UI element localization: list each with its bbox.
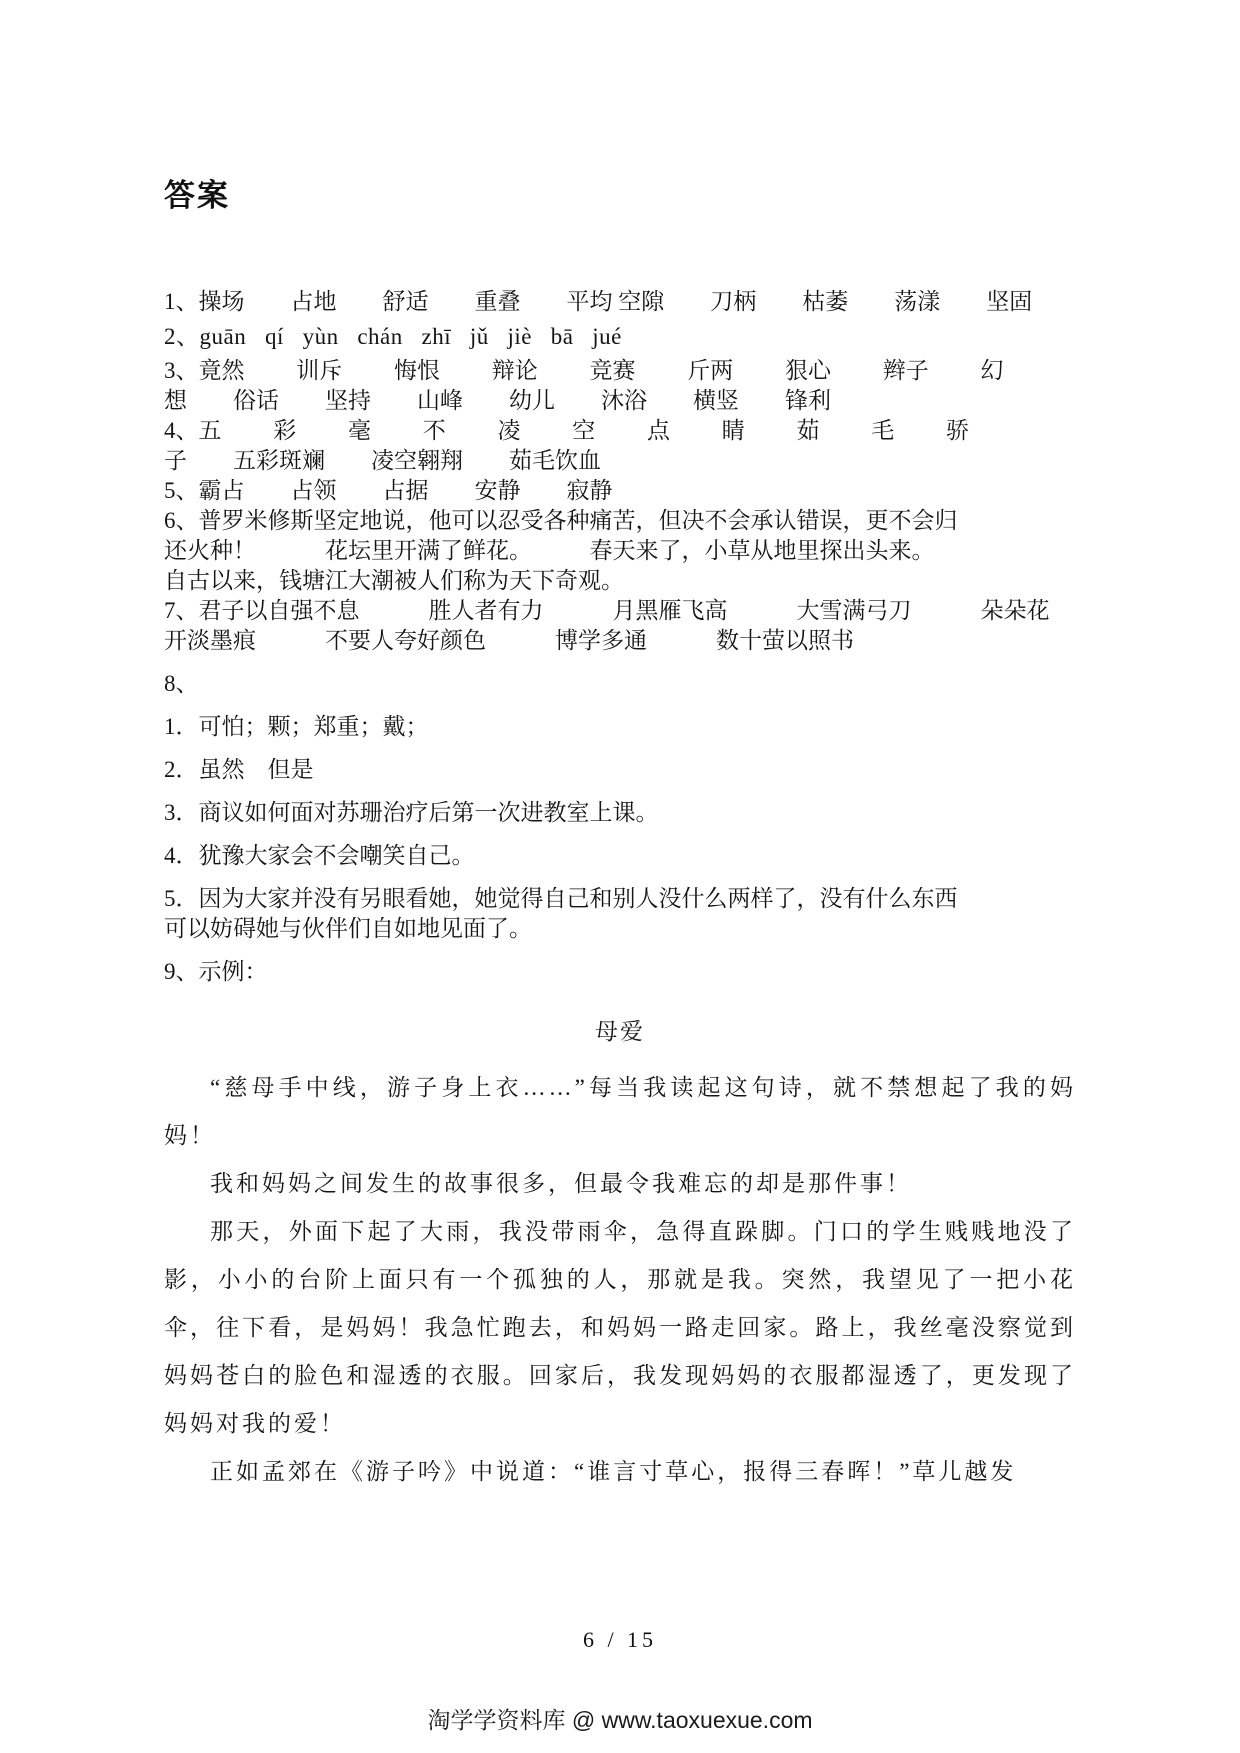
answer-line: 3、竟然 训斥 悔恨 辩论 竞赛 斤两 狠心 辫子 幻: [164, 356, 1076, 386]
essay-body: “慈母手中线，游子身上衣……”每当我读起这句诗，就不禁想起了我的妈妈！ 我和妈妈…: [164, 1064, 1076, 1496]
answer-line: 5．因为大家并没有另眼看她，她觉得自己和别人没什么两样了，没有什么东西 可以妨碍…: [164, 884, 1076, 944]
answer-line: 6、普罗米修斯坚定地说，他可以忍受各种痛苦，但决不会承认错误，更不会归: [164, 506, 1076, 536]
page-title: 答案: [164, 170, 1076, 215]
answer-line: 3．商议如何面对苏珊治疗后第一次进教室上课。: [164, 798, 1076, 828]
answer-line: 7、君子以自强不息 胜人者有力 月黑雁飞高 大雪满弓刀 朵朵花: [164, 596, 1076, 626]
essay-title: 母爱: [164, 1013, 1076, 1046]
essay-paragraph: 正如孟郊在《游子吟》中说道：“谁言寸草心，报得三春晖！”草儿越发: [164, 1448, 1076, 1496]
answer-line: 2．虽然 但是: [164, 755, 1076, 785]
answer-line: 想 俗话 坚持 山峰 幼儿 沐浴 横竖 锋利: [164, 386, 1076, 416]
answer-line: 子 五彩斑斓 凌空翱翔 茹毛饮血: [164, 446, 1076, 476]
answers-section: 1、操场 占地 舒适 重叠 平均 空隙 刀柄 枯萎 荡漾 坚固 2、guān q…: [164, 287, 1076, 987]
answer-line: 还火种！ 花坛里开满了鲜花。 春天来了，小草从地里探出头来。: [164, 536, 1076, 566]
page-number: 6 / 15: [0, 1627, 1240, 1653]
answer-line: 5、霸占 占领 占据 安静 寂静: [164, 476, 1076, 506]
answer-line: 9、示例：: [164, 957, 1076, 987]
answer-line: 4、五 彩 毫 不 凌 空 点 睛 茹 毛 骄: [164, 416, 1076, 446]
answer-line: 自古以来，钱塘江大潮被人们称为天下奇观。: [164, 566, 1076, 596]
essay-paragraph: 我和妈妈之间发生的故事很多，但最令我难忘的却是那件事！: [164, 1160, 1076, 1208]
answer-line: 1．可怕；颗；郑重；戴；: [164, 712, 1076, 742]
essay-section: 母爱 “慈母手中线，游子身上衣……”每当我读起这句诗，就不禁想起了我的妈妈！ 我…: [164, 1013, 1076, 1496]
essay-paragraph: 那天，外面下起了大雨，我没带雨伞，急得直跺脚。门口的学生贱贱地没了影，小小的台阶…: [164, 1208, 1076, 1448]
answer-line: 开淡墨痕 不要人夸好颜色 博学多通 数十萤以照书: [164, 626, 1076, 656]
answer-line: 8、: [164, 669, 1076, 699]
answer-line: 2、guān qí yùn chán zhī jǔ jiè bā jué: [164, 322, 1076, 352]
document-page: 答案 1、操场 占地 舒适 重叠 平均 空隙 刀柄 枯萎 荡漾 坚固 2、guā…: [0, 0, 1240, 1753]
essay-paragraph: “慈母手中线，游子身上衣……”每当我读起这句诗，就不禁想起了我的妈妈！: [164, 1064, 1076, 1160]
answer-line: 4．犹豫大家会不会嘲笑自己。: [164, 841, 1076, 871]
answer-line: 1、操场 占地 舒适 重叠 平均 空隙 刀柄 枯萎 荡漾 坚固: [164, 287, 1076, 317]
watermark-text: 淘学学资料库 @ www.taoxuexue.com: [0, 1702, 1240, 1735]
